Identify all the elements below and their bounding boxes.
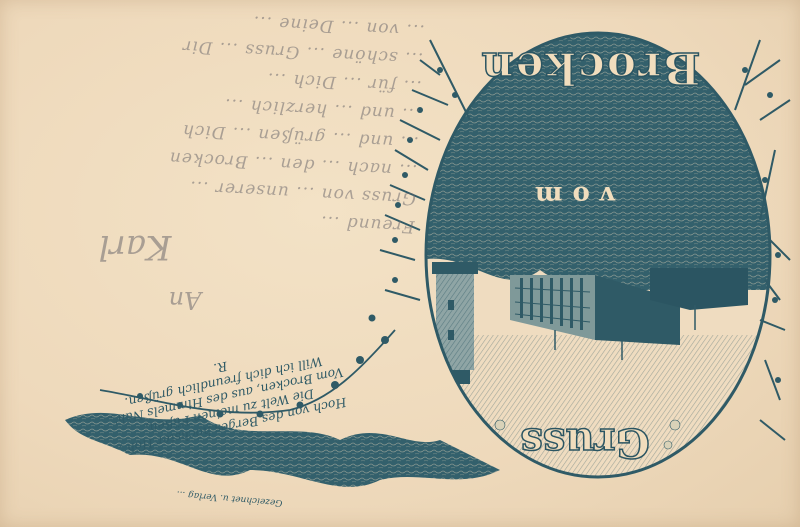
title-gruss: Gruss: [490, 415, 680, 470]
handwritten-note: Freund ... Gruss von ... unserer ... ...…: [14, 0, 425, 240]
postcard: Brocken vom Gruss Hoch von des Berges hö…: [0, 0, 800, 527]
address-name: Karl: [80, 225, 190, 270]
address-salutation: An: [130, 280, 240, 320]
tower: [432, 262, 478, 384]
title-brocken: Brocken: [480, 28, 700, 108]
title-vom: vom: [510, 175, 630, 215]
